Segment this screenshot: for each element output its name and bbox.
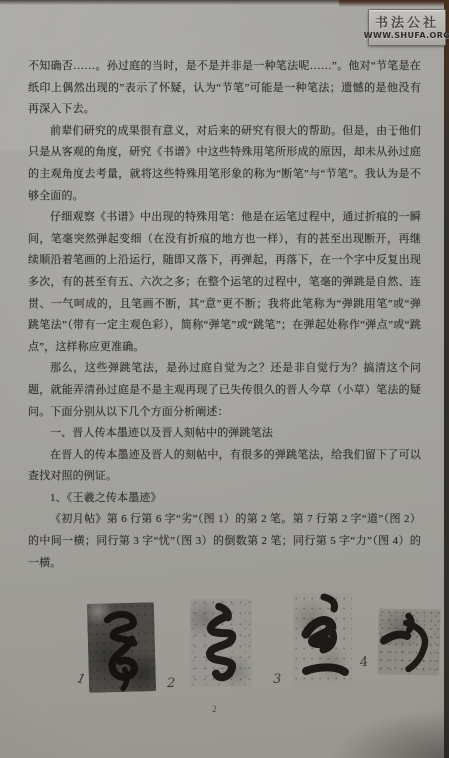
- brush-character-dao-glyph: [190, 599, 252, 687]
- paragraph: 《初月帖》第 6 行第 6 字“劣”（图 1）的第 2 笔。第 7 行第 2 字…: [28, 509, 421, 574]
- calligraphy-specimen-2: [190, 599, 252, 687]
- brush-character-lie-glyph: [87, 602, 156, 693]
- calligraphy-specimen-3: [293, 593, 352, 687]
- shufa-watermark-badge: 书法公社 WWW.SHUFA.ORG: [368, 9, 446, 46]
- paragraph-continuation: 不知确否……。孙过庭的当时，是不是并非是一种笔法呢……”。他对“节笔是在纸印上偶…: [28, 56, 421, 121]
- document-body-text: 不知确否……。孙过庭的当时，是不是并非是一种笔法呢……”。他对“节笔是在纸印上偶…: [28, 56, 421, 574]
- photo-right-edge: [444, 0, 449, 758]
- figure-label-2: 2: [167, 676, 175, 691]
- photo-top-right-edge: [339, 0, 449, 7]
- calligraphy-specimen-4: [377, 608, 440, 675]
- section-heading: 一、晋人传本墨迹以及晋人刻帖中的弹跳笔法: [28, 423, 421, 445]
- paragraph: 那么，这些弹跳笔法，是孙过庭自觉为之？还是非自觉行为？搞清这个问题，就能弄清孙过…: [28, 358, 421, 423]
- page-number: 2: [212, 705, 217, 715]
- paragraph: 前辈们研究的成果很有意义，对后来的研究有很大的帮助。但是，由于他们只是从客观的角…: [28, 121, 421, 207]
- figure-label-3: 3: [273, 672, 281, 687]
- paragraph: 仔细观察《书谱》中出现的特殊用笔：他是在运笔过程中，通过折痕的一瞬间，笔毫突然弹…: [28, 207, 421, 358]
- shufa-url-text: WWW.SHUFA.ORG: [364, 31, 449, 40]
- figure-label-4: 4: [359, 654, 369, 670]
- figure-label-1: 1: [75, 671, 87, 688]
- subsection-heading: 1、《王羲之传本墨迹》: [28, 488, 421, 510]
- photo-corner-shadow: [279, 688, 449, 758]
- document-page-photo: 书法公社 WWW.SHUFA.ORG 不知确否……。孙过庭的当时，是不是并非是一…: [0, 0, 449, 758]
- shufa-brand-calligraphy: 书法公社: [375, 16, 439, 30]
- calligraphy-specimen-1: [87, 602, 156, 693]
- brush-character-you-glyph: [293, 593, 352, 687]
- paragraph: 在晋人的传本墨迹及晋人的刻帖中，有很多的弹跳笔法，给我们留下了可以查找对照的例证…: [28, 445, 421, 488]
- brush-character-li-glyph: [377, 608, 440, 675]
